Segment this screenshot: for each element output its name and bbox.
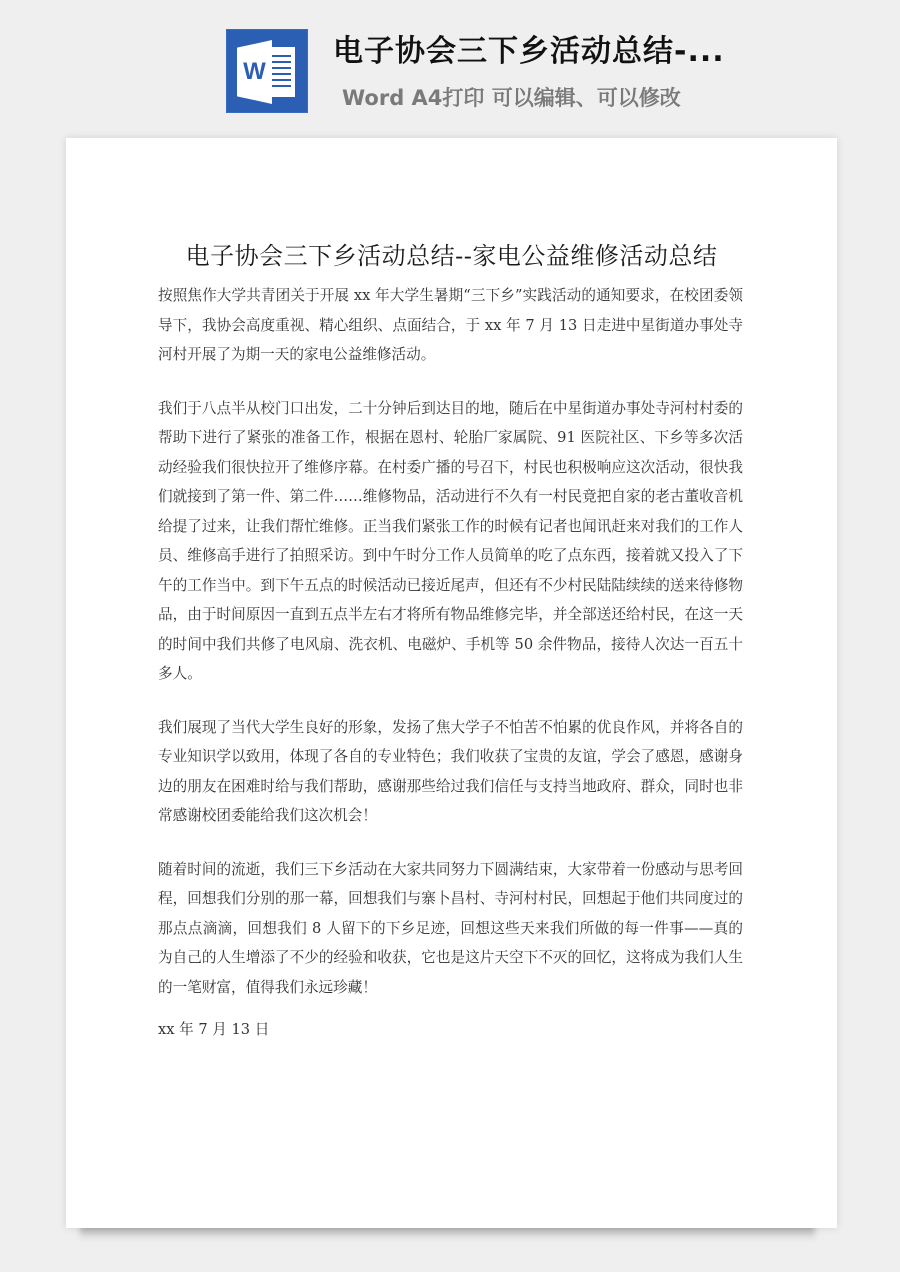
document-title: 电子协会三下乡活动总结--家电公益维修活动总结 [66,236,837,271]
paragraph: 按照焦作大学共青团关于开展 xx 年大学生暑期“三下乡”实践活动的通知要求，在校… [158,281,743,370]
paragraph: 随着时间的流逝，我们三下乡活动在大家共同努力下圆满结束，大家带着一份感动与思考回… [158,855,743,1003]
file-subtitle: Word A4打印 可以编辑、可以修改 [342,82,681,112]
word-letter-icon: W [237,58,272,86]
document-body: 按照焦作大学共青团关于开展 xx 年大学生暑期“三下乡”实践活动的通知要求，在校… [158,281,743,1026]
paragraph: 我们于八点半从校门口出发，二十分钟后到达目的地，随后在中星街道办事处寺河村村委的… [158,394,743,689]
preview-header: W 电子协会三下乡活动总结-... Word A4打印 可以编辑、可以修改 [0,0,900,130]
file-title: 电子协会三下乡活动总结-... [333,26,725,70]
document-date: xx 年 7 月 13 日 [158,1018,269,1039]
word-document-icon: W [226,29,308,113]
document-page: 电子协会三下乡活动总结--家电公益维修活动总结 按照焦作大学共青团关于开展 xx… [66,138,837,1228]
paragraph: 我们展现了当代大学生良好的形象，发扬了焦大学子不怕苦不怕累的优良作风，并将各自的… [158,713,743,831]
